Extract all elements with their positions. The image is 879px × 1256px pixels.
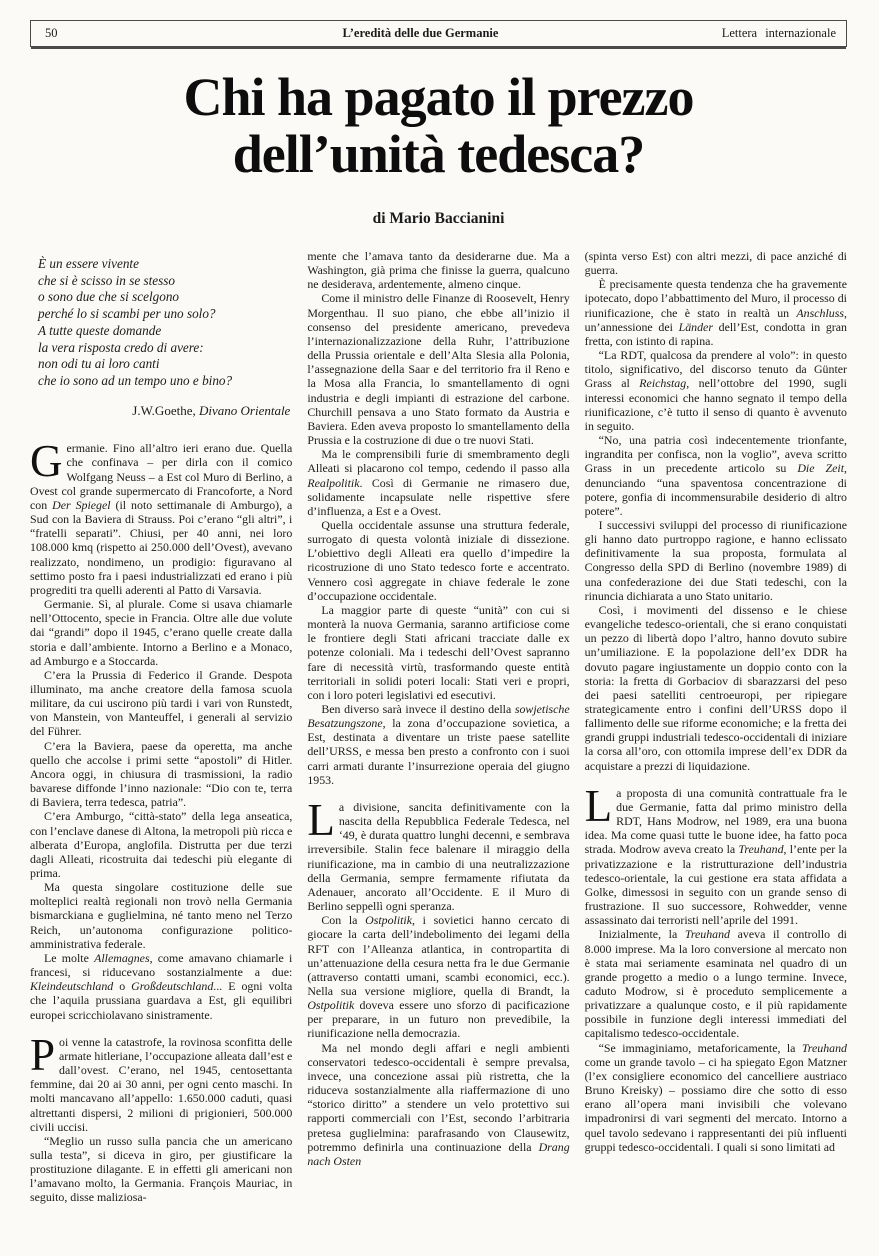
section-title: L’eredità delle due Germanie — [185, 26, 656, 41]
article-title-line-1: Chi ha pagato il prezzo — [183, 67, 693, 127]
paragraph: Inizialmente, la Treuhand aveva il contr… — [585, 927, 847, 1040]
drop-cap: L — [307, 800, 339, 837]
byline: di Mario Baccianini — [30, 210, 847, 228]
text-column-2: mente che l’amava tanto da desiderarne d… — [307, 249, 569, 1205]
paragraph: Germanie. Sì, al plurale. Come si usava … — [30, 597, 292, 668]
paragraph: La proposta di una comunità contrattuale… — [585, 786, 847, 928]
article-title: Chi ha pagato il prezzodell’unità tedesc… — [30, 69, 847, 183]
paragraph: È precisamente questa tendenza che ha gr… — [585, 277, 847, 348]
paragraph: La maggior parte di queste “unità” con c… — [307, 603, 569, 702]
epigraph-attribution: J.W.Goethe, Divano Orientale — [38, 403, 292, 420]
epigraph-line: perché lo si scambi per uno solo? — [38, 306, 292, 323]
paragraph: Le molte Allemagnes, come amavano chiama… — [30, 951, 292, 1022]
paragraph: “No, una patria così indecentemente trio… — [585, 433, 847, 518]
epigraph-line: È un essere vivente — [38, 256, 292, 273]
journal-name: Lettera internazionale — [656, 26, 836, 41]
paragraph: Germanie. Fino all’altro ieri erano due.… — [30, 441, 292, 597]
magazine-page: 50 L’eredità delle due Germanie Lettera … — [0, 0, 879, 1256]
paragraph: Ma nel mondo degli affari e negli ambien… — [307, 1041, 569, 1168]
epigraph-line: che io sono ad un tempo uno e bino? — [38, 373, 292, 390]
paragraph: (spinta verso Est) con altri mezzi, di p… — [585, 249, 847, 277]
epigraph-line: A tutte queste domande — [38, 323, 292, 340]
paragraph: C’era la Baviera, paese da operetta, ma … — [30, 739, 292, 810]
epigraph-line: che si è scisso in se stesso — [38, 273, 292, 290]
drop-cap: L — [585, 786, 617, 823]
page-number: 50 — [45, 26, 185, 41]
text-column-1: È un essere viventeche si è scisso in se… — [30, 249, 292, 1205]
epigraph: È un essere viventeche si è scisso in se… — [38, 256, 292, 419]
drop-cap: P — [30, 1035, 59, 1072]
paragraph: Ma questa singolare costituzione delle s… — [30, 880, 292, 951]
page-header: 50 L’eredità delle due Germanie Lettera … — [30, 20, 847, 47]
epigraph-line: non odi tu ai loro canti — [38, 356, 292, 373]
paragraph: Con la Ostpolitik, i sovietici hanno cer… — [307, 913, 569, 1040]
article-title-line-2: dell’unità tedesca? — [233, 124, 644, 184]
text-column-3: (spinta verso Est) con altri mezzi, di p… — [585, 249, 847, 1205]
epigraph-line: la vera risposta credo di avere: — [38, 340, 292, 357]
paragraph: Ben diverso sarà invece il destino della… — [307, 702, 569, 787]
paragraph: Come il ministro delle Finanze di Roosev… — [307, 291, 569, 447]
article-body: È un essere viventeche si è scisso in se… — [30, 249, 847, 1205]
paragraph: Poi venne la catastrofe, la rovinosa sco… — [30, 1035, 292, 1134]
paragraph: C’era la Prussia di Federico il Grande. … — [30, 668, 292, 739]
paragraph: I successivi sviluppi del processo di ri… — [585, 518, 847, 603]
paragraph: Ma le comprensibili furie di smembrament… — [307, 447, 569, 518]
paragraph: “Se immaginiamo, metaforicamente, la Tre… — [585, 1041, 847, 1154]
paragraph: “Meglio un russo sulla pancia che un ame… — [30, 1134, 292, 1205]
drop-cap: G — [30, 441, 67, 478]
epigraph-line: o sono due che si scelgono — [38, 289, 292, 306]
paragraph: La divisione, sancita definitivamente co… — [307, 800, 569, 913]
paragraph: mente che l’amava tanto da desiderarne d… — [307, 249, 569, 291]
paragraph: C’era Amburgo, “città-stato” della lega … — [30, 809, 292, 880]
paragraph: Così, i movimenti del dissenso e le chie… — [585, 603, 847, 773]
paragraph: “La RDT, qualcosa da prendere al volo”: … — [585, 348, 847, 433]
paragraph: Quella occidentale assunse una struttura… — [307, 518, 569, 603]
